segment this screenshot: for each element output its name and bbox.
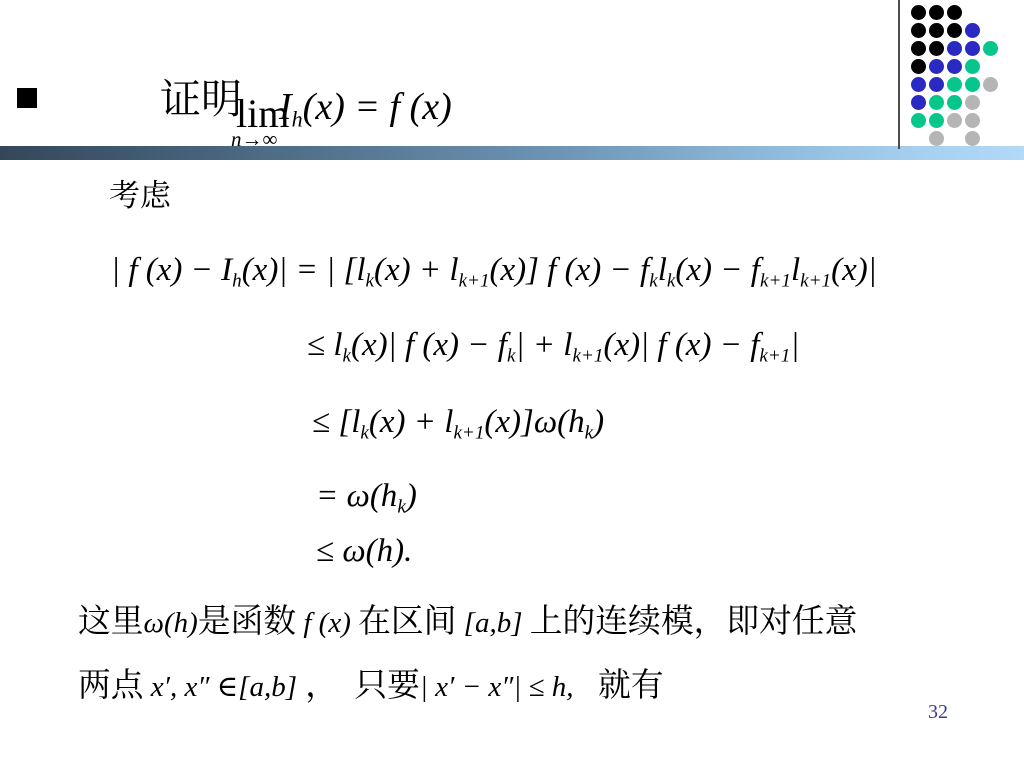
dot-cell xyxy=(909,21,927,39)
dot-icon xyxy=(947,5,962,20)
dot-cell xyxy=(927,57,945,75)
dot-icon xyxy=(929,77,944,92)
limit-expression: Ih(x) = f (x) xyxy=(279,85,452,131)
divider-bar xyxy=(0,146,1024,160)
dot-cell xyxy=(945,111,963,129)
dot-icon xyxy=(929,131,944,146)
dot-icon xyxy=(965,77,980,92)
dot-icon xyxy=(929,41,944,56)
dot-icon xyxy=(929,23,944,38)
dot-cell xyxy=(909,39,927,57)
dot-icon xyxy=(947,113,962,128)
dot-cell xyxy=(981,93,999,111)
dot-cell xyxy=(927,93,945,111)
dot-cell xyxy=(963,129,981,147)
dot-icon xyxy=(929,59,944,74)
dot-grid-decoration xyxy=(909,3,999,147)
vertical-rule xyxy=(898,0,900,149)
dot-cell xyxy=(945,57,963,75)
dot-cell xyxy=(945,21,963,39)
dot-icon xyxy=(929,113,944,128)
dot-icon xyxy=(983,41,998,56)
dot-cell xyxy=(981,75,999,93)
dot-cell xyxy=(981,21,999,39)
dot-icon xyxy=(965,23,980,38)
dot-cell xyxy=(963,21,981,39)
dot-cell xyxy=(963,39,981,57)
derivation-line-2: ≤ lk(x)| f (x) − fk| + lk+1(x)| f (x) − … xyxy=(307,323,799,368)
dot-cell xyxy=(981,57,999,75)
dot-cell xyxy=(909,3,927,21)
dot-cell xyxy=(981,111,999,129)
note-line-2: 两点 x′, x″ ∈[a,b] ， 只要| x′ − x″| ≤ h, 就有 xyxy=(78,664,664,710)
dot-icon xyxy=(983,77,998,92)
dot-cell xyxy=(981,129,999,147)
dot-icon xyxy=(911,5,926,20)
dot-icon xyxy=(911,77,926,92)
dot-icon xyxy=(947,95,962,110)
dot-icon xyxy=(947,59,962,74)
dot-cell xyxy=(927,75,945,93)
derivation-line-4: = ω(hk) xyxy=(316,474,417,519)
dot-icon xyxy=(965,95,980,110)
dot-cell xyxy=(963,93,981,111)
dot-cell xyxy=(945,3,963,21)
consider-label: 考虑 xyxy=(109,177,171,214)
page-number: 32 xyxy=(928,700,948,724)
dot-cell xyxy=(909,129,927,147)
derivation-line-3: ≤ [lk(x) + lk+1(x)]ω(hk) xyxy=(312,400,604,445)
dot-cell xyxy=(963,75,981,93)
dot-cell xyxy=(945,129,963,147)
dot-icon xyxy=(947,77,962,92)
dot-cell xyxy=(927,129,945,147)
dot-icon xyxy=(965,113,980,128)
dot-icon xyxy=(965,59,980,74)
dot-cell xyxy=(909,111,927,129)
dot-icon xyxy=(911,95,926,110)
dot-cell xyxy=(981,3,999,21)
dot-cell xyxy=(909,75,927,93)
dot-icon xyxy=(911,113,926,128)
dot-icon xyxy=(947,41,962,56)
slide-title-prefix: 证明 xyxy=(160,79,242,120)
dot-cell xyxy=(963,111,981,129)
bullet-square-icon xyxy=(17,88,37,108)
dot-icon xyxy=(911,41,926,56)
derivation-line-1: | f (x) − Ih(x)| = | [lk(x) + lk+1(x)] f… xyxy=(111,248,877,293)
dot-cell xyxy=(909,57,927,75)
dot-cell xyxy=(981,39,999,57)
derivation-line-5: ≤ ω(h). xyxy=(316,529,412,574)
dot-cell xyxy=(927,111,945,129)
dot-cell xyxy=(945,75,963,93)
dot-icon xyxy=(929,5,944,20)
dot-icon xyxy=(947,23,962,38)
dot-icon xyxy=(965,131,980,146)
dot-cell xyxy=(909,93,927,111)
dot-cell xyxy=(927,3,945,21)
dot-cell xyxy=(945,39,963,57)
dot-cell xyxy=(945,93,963,111)
note-line-1: 这里ω(h)是函数 f (x) 在区间 [a,b] 上的连续模，即对任意 xyxy=(78,600,857,646)
dot-cell xyxy=(927,39,945,57)
dot-icon xyxy=(929,95,944,110)
dot-icon xyxy=(911,59,926,74)
dot-cell xyxy=(963,3,981,21)
dot-cell xyxy=(963,57,981,75)
dot-icon xyxy=(965,41,980,56)
dot-cell xyxy=(927,21,945,39)
dot-icon xyxy=(911,23,926,38)
